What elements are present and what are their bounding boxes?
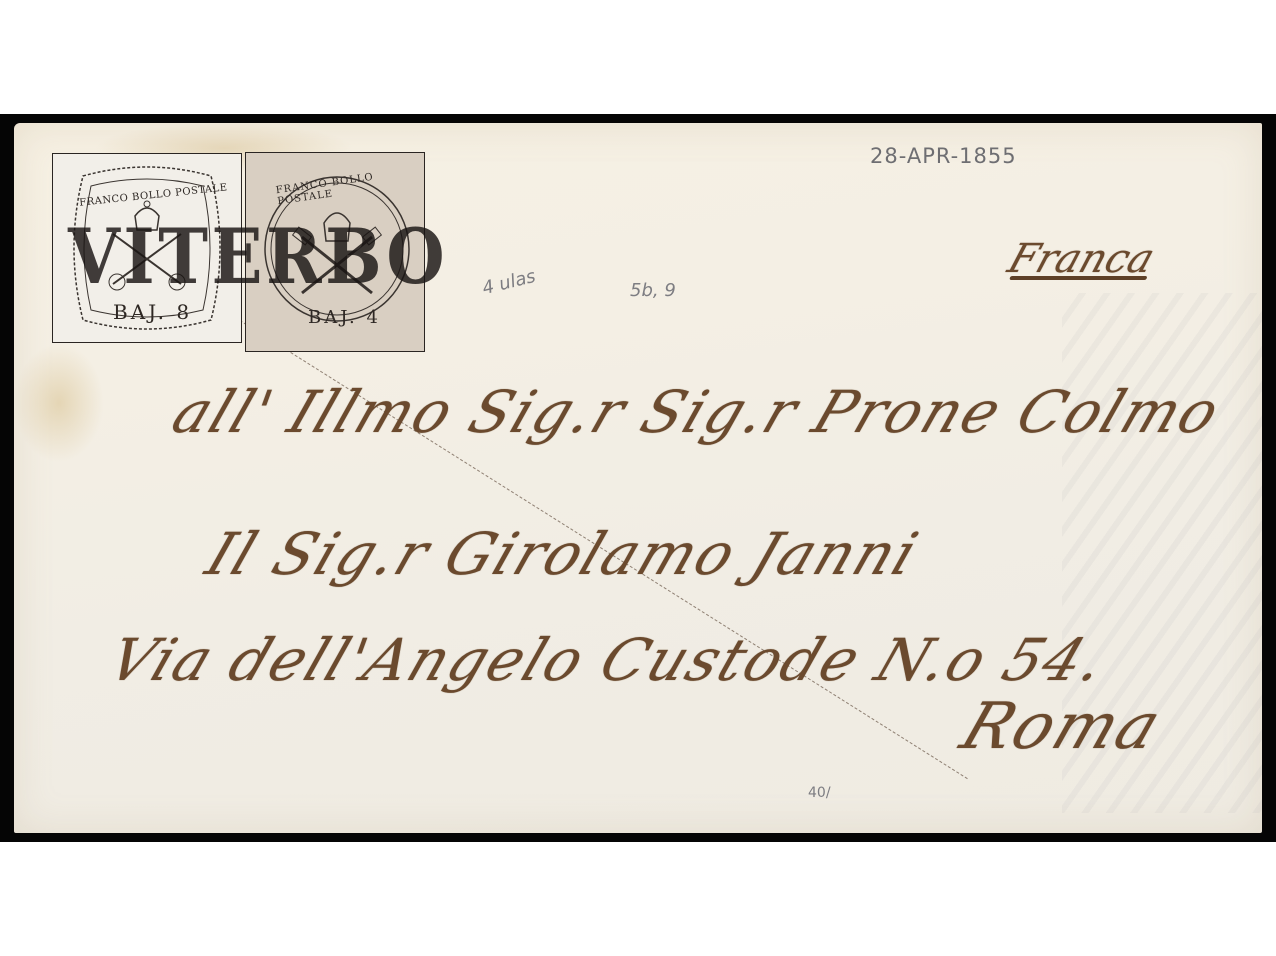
franca-manuscript-marking: Franca (1003, 236, 1161, 282)
address-line: all' Illmo Sig.r Sig.r Prone Colmo (164, 378, 1231, 446)
viterbo-cancellation: VITERBO (68, 212, 448, 301)
stamp-value: BAJ. 8 (113, 300, 192, 324)
address-city: Roma (952, 690, 1172, 764)
pencil-note: 5b, 9 (630, 280, 676, 301)
age-stain (14, 343, 104, 463)
address-line: Via dell'Angelo Custode N.o 54. (100, 626, 1117, 694)
pencil-date-note: 28-APR-1855 (870, 144, 1017, 168)
pencil-note: 40/ (808, 785, 831, 801)
stamp-value: BAJ. 4 (308, 307, 381, 328)
address-line: Il Sig.r Girolamo Janni (198, 520, 929, 588)
